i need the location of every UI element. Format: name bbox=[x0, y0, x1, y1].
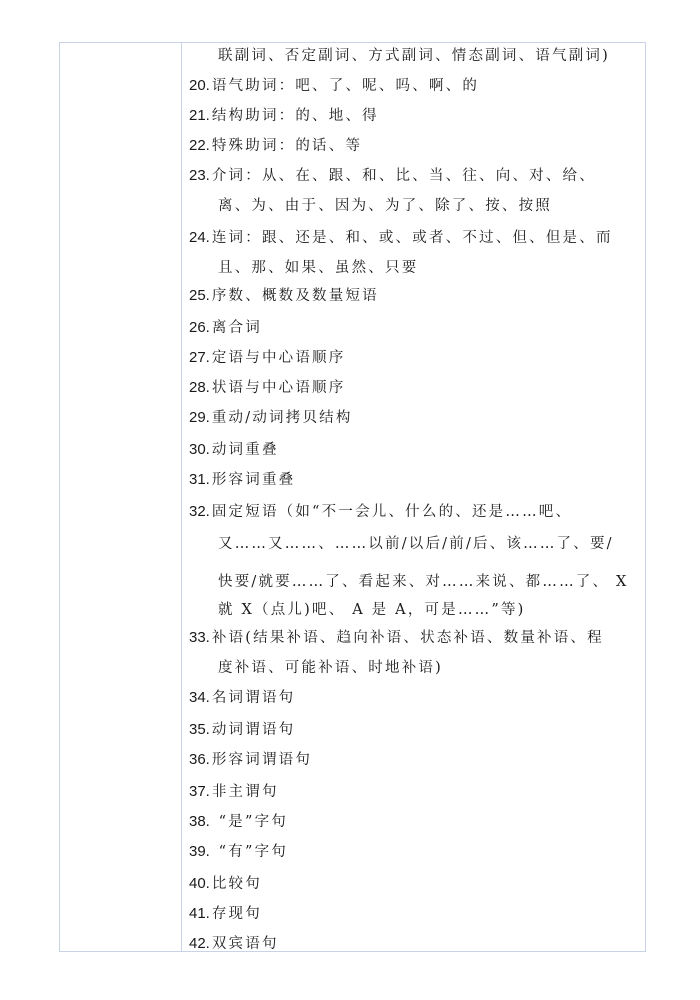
list-item: 38. “是”字句 bbox=[189, 813, 288, 831]
list-item: 20.语气助词：吧、了、呢、吗、啊、的 bbox=[189, 77, 479, 95]
list-item: 40.比较句 bbox=[189, 875, 262, 893]
list-item: 22.特殊助词：的话、等 bbox=[189, 137, 362, 155]
list-item: 29.重动/动词拷贝结构 bbox=[189, 409, 353, 427]
list-item: 37.非主谓句 bbox=[189, 783, 279, 801]
list-item: 26.离合词 bbox=[189, 319, 262, 337]
list-item: 34.名词谓语句 bbox=[189, 689, 295, 707]
list-item: 28.状语与中心语顺序 bbox=[189, 379, 345, 397]
list-item: 41.存现句 bbox=[189, 905, 262, 923]
list-item-continuation: 快要/就要……了、看起来、对……来说、都……了、 X bbox=[218, 573, 629, 591]
list-item: 35.动词谓语句 bbox=[189, 721, 295, 739]
list-item: 31.形容词重叠 bbox=[189, 471, 295, 489]
list-item: 27.定语与中心语顺序 bbox=[189, 349, 345, 367]
list-item: 39. “有”字句 bbox=[189, 843, 288, 861]
table-left-cell bbox=[60, 43, 182, 951]
list-item: 42.双宾语句 bbox=[189, 935, 279, 953]
list-item: 23.介词：从、在、跟、和、比、当、往、向、对、给、 bbox=[189, 167, 596, 185]
list-item: 32.固定短语（如“不一会儿、什么的、还是……吧、 bbox=[189, 503, 572, 521]
list-item-continuation: 度补语、可能补语、时地补语) bbox=[218, 659, 443, 677]
list-item-continuation: 联副词、否定副词、方式副词、情态副词、语气副词) bbox=[218, 47, 610, 65]
list-item: 24.连词：跟、还是、和、或、或者、不过、但、但是、而 bbox=[189, 229, 613, 247]
list-item: 30.动词重叠 bbox=[189, 441, 279, 459]
list-item: 21.结构助词：的、地、得 bbox=[189, 107, 379, 125]
list-item: 33.补语(结果补语、趋向补语、状态补语、数量补语、程 bbox=[189, 629, 604, 647]
list-item-continuation: 就 X（点儿)吧、 A 是 A，可是……”等) bbox=[218, 601, 526, 619]
table-right-cell: 联副词、否定副词、方式副词、情态副词、语气副词) 20.语气助词：吧、了、呢、吗… bbox=[182, 43, 645, 951]
list-item: 25.序数、概数及数量短语 bbox=[189, 287, 379, 305]
grammar-points-table: 联副词、否定副词、方式副词、情态副词、语气副词) 20.语气助词：吧、了、呢、吗… bbox=[59, 42, 646, 952]
list-item-continuation: 且、那、如果、虽然、只要 bbox=[218, 259, 418, 277]
list-item: 36.形容词谓语句 bbox=[189, 751, 312, 769]
list-item-continuation: 又……又……、……以前/以后/前/后、该……了、要/ bbox=[218, 535, 614, 553]
list-item-continuation: 离、为、由于、因为、为了、除了、按、按照 bbox=[218, 197, 552, 215]
